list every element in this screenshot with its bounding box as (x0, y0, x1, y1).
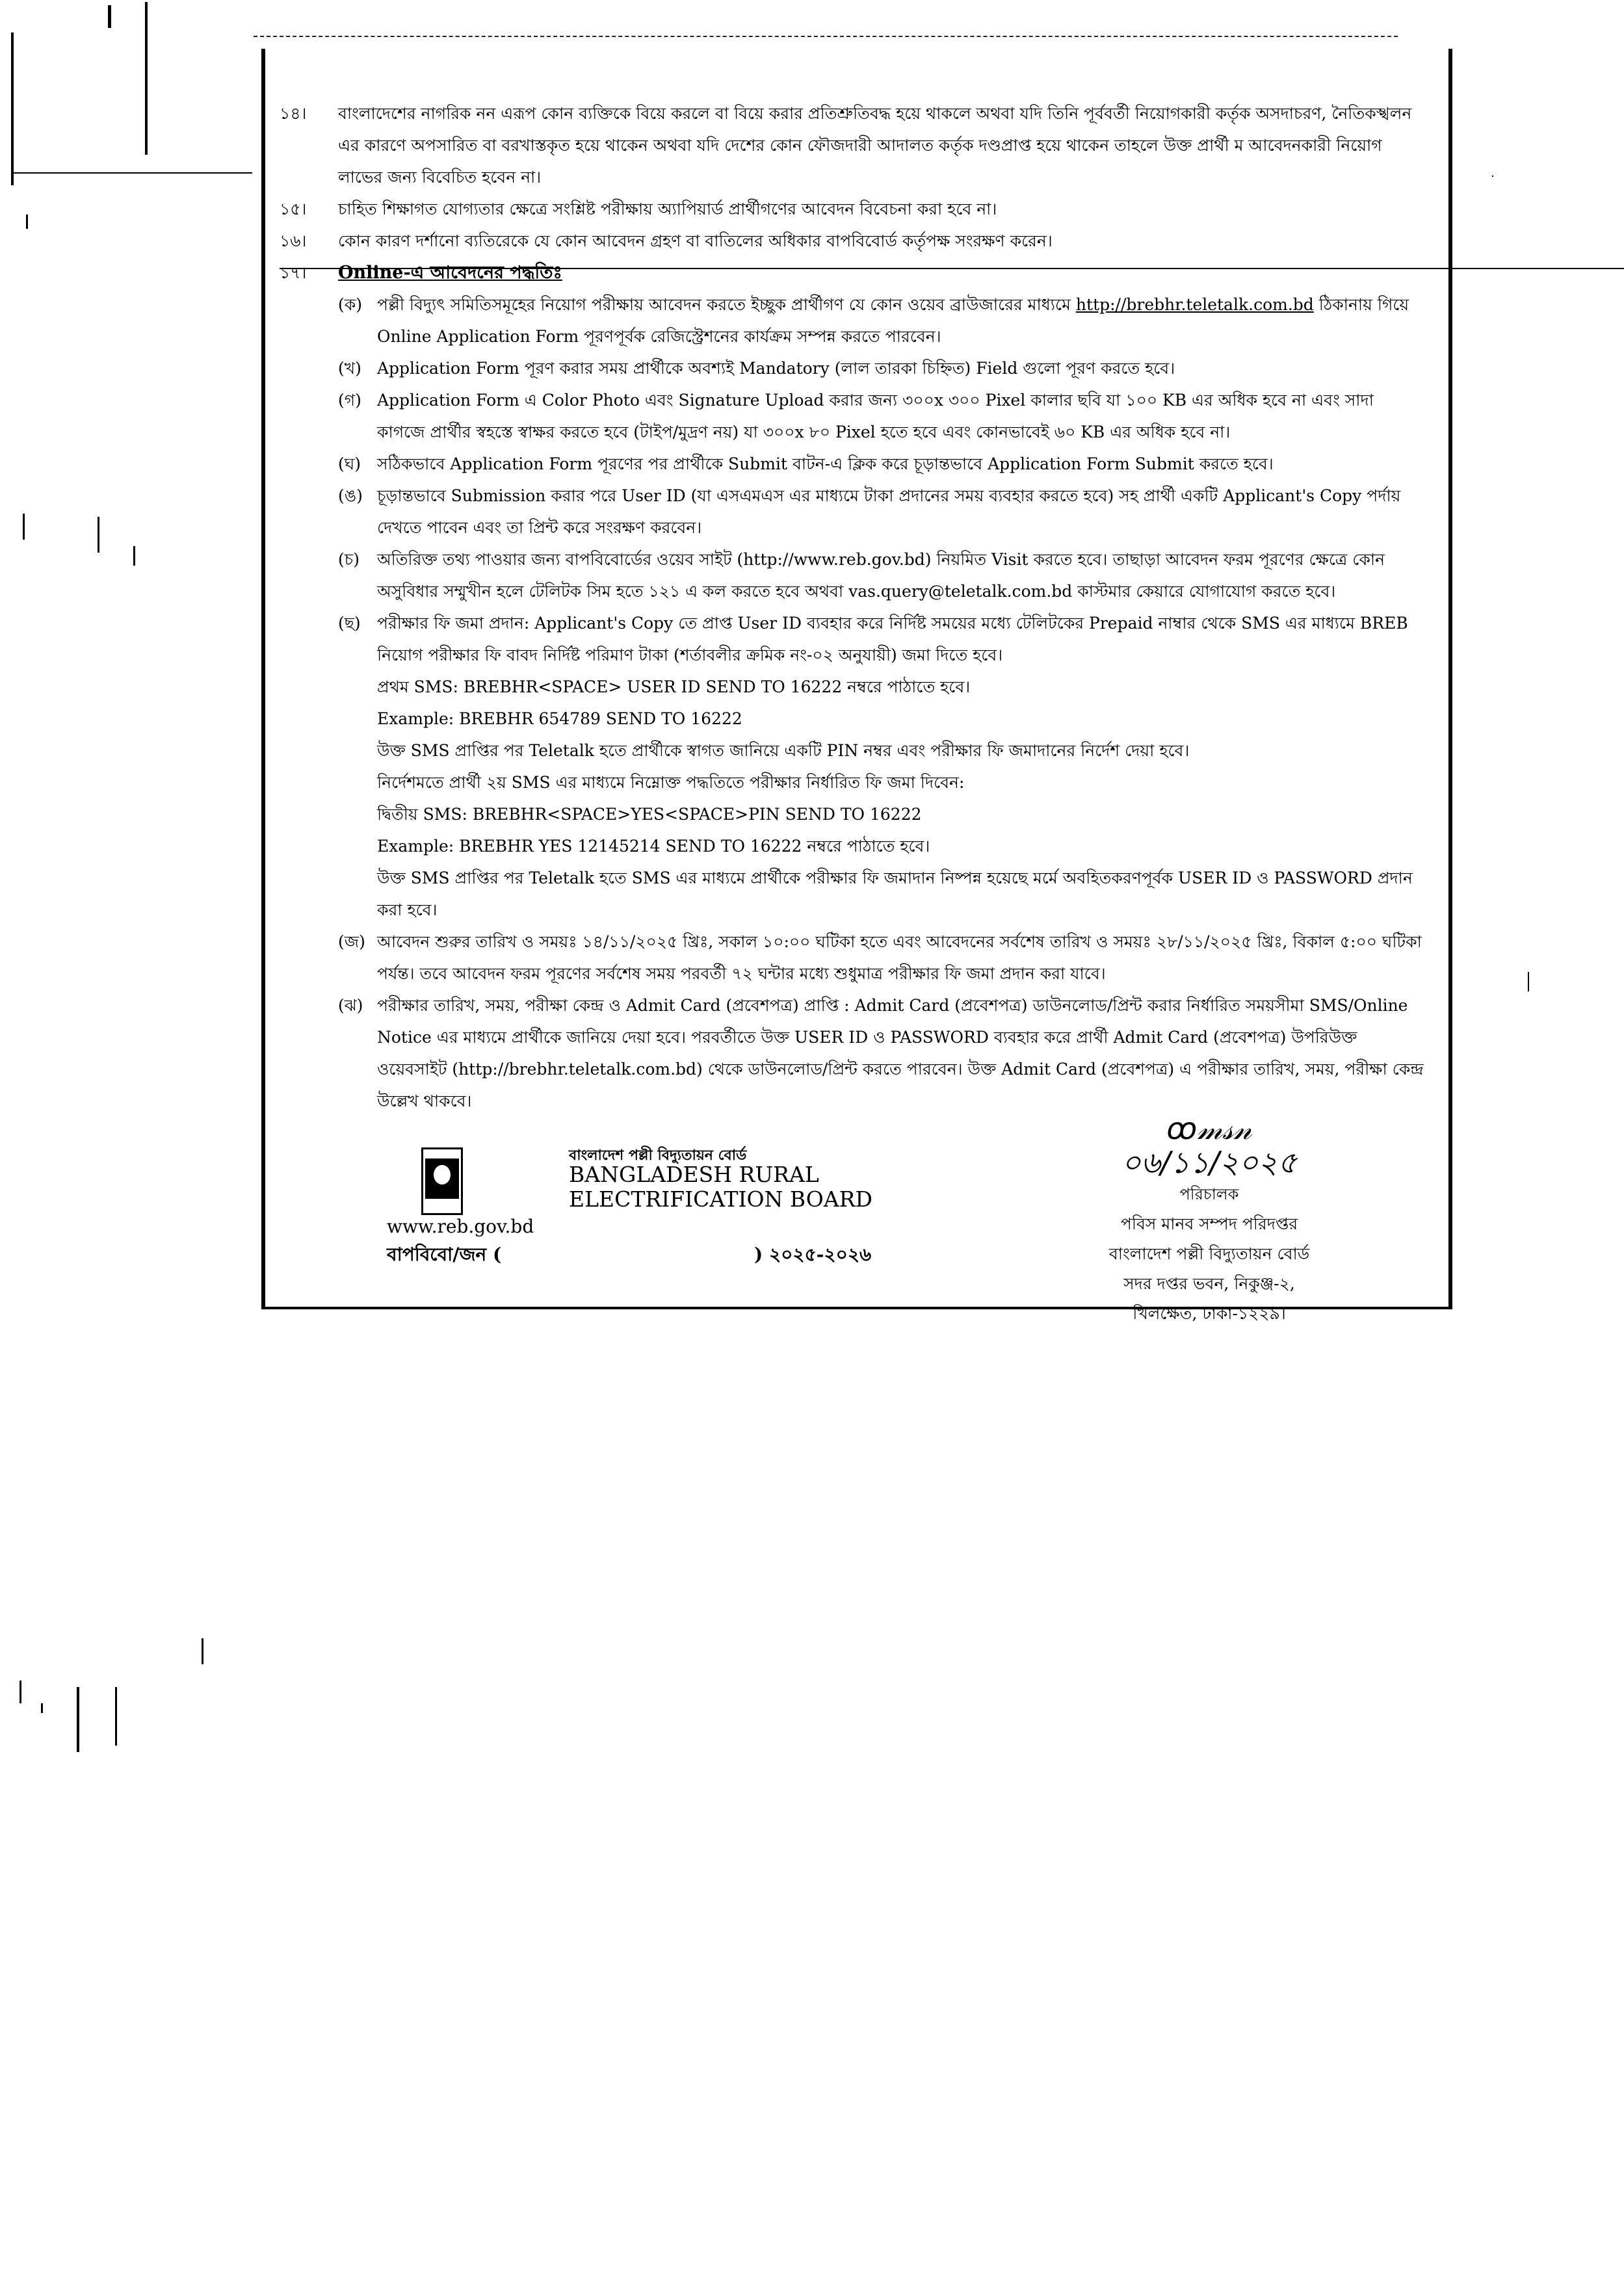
clause-number: ১৫। (280, 193, 338, 225)
logo-background (425, 1159, 459, 1199)
subclause-gha: (ঘ) সঠিকভাবে Application Form পূরণের পর … (280, 448, 1424, 480)
scan-artifact (254, 36, 1398, 37)
subclause-text: Application Form এ Color Photo এবং Signa… (377, 384, 1424, 448)
subclause-label: (চ) (338, 543, 377, 607)
signatory-office: পবিস মানব সম্পদ পরিদপ্তর (1047, 1209, 1372, 1239)
clause-17: ১৭। Online-এ আবেদনের পদ্ধতিঃ (280, 257, 1424, 289)
bulb-icon (434, 1165, 451, 1185)
clause-15: ১৫। চাহিত শিক্ষাগত যোগ্যতার ক্ষেত্রে সংশ… (280, 193, 1424, 225)
clause-text: বাংলাদেশের নাগরিক নন এরূপ কোন ব্যক্তিকে … (338, 98, 1424, 193)
clause-16: ১৬। কোন কারণ দর্শানো ব্যতিরেকে যে কোন আব… (280, 225, 1424, 257)
sms-line: প্রথম SMS: BREBHR<SPACE> USER ID SEND TO… (377, 671, 1424, 703)
sms-line: Example: BREBHR 654789 SEND TO 16222 (377, 703, 1424, 735)
scan-artifact (280, 268, 1624, 269)
clause-14: ১৪। বাংলাদেশের নাগরিক নন এরূপ কোন ব্যক্ত… (280, 98, 1424, 193)
handwritten-signature: ꝏ𝓂𝓈𝓃 (1047, 1112, 1372, 1145)
subclause-ja: (জ) আবেদন শুরুর তারিখ ও সময়ঃ ১৪/১১/২০২৫… (280, 926, 1424, 989)
org-name-line: ELECTRIFICATION BOARD (569, 1187, 872, 1212)
subclause-label: (খ) (338, 352, 377, 384)
scan-artifact (98, 517, 99, 553)
org-name-line: BANGLADESH RURAL (569, 1162, 872, 1187)
subclause-text: পরীক্ষার ফি জমা প্রদান: Applicant's Copy… (377, 607, 1424, 671)
scan-artifact (26, 215, 28, 229)
application-url-link[interactable]: http://brebhr.teletalk.com.bd (1076, 295, 1314, 314)
section-heading: Online-এ আবেদনের পদ্ধতিঃ (338, 257, 1424, 289)
subclause-text: পল্লী বিদ্যুৎ সমিতিসমূহের নিয়োগ পরীক্ষা… (377, 289, 1424, 352)
subclause-text: অতিরিক্ত তথ্য পাওয়ার জন্য বাপবিবোর্ডের … (377, 543, 1424, 607)
memo-number-suffix: ) ২০২৫-২০২৬ (754, 1240, 871, 1271)
signature-block: ꝏ𝓂𝓈𝓃 ০৬/১১/২০২৫ পরিচালক পবিস মানব সম্পদ … (1047, 1112, 1372, 1329)
subclause-text: আবেদন শুরুর তারিখ ও সময়ঃ ১৪/১১/২০২৫ খ্র… (377, 926, 1424, 989)
scan-artifact (115, 1687, 117, 1746)
subclause-text: Application Form পূরণ করার সময় প্রার্থী… (377, 352, 1424, 384)
clause-text: চাহিত শিক্ষাগত যোগ্যতার ক্ষেত্রে সংশ্লিষ… (338, 193, 1424, 225)
handwritten-date: ০৬/১১/২০২৫ (1047, 1145, 1372, 1179)
scan-artifact (12, 172, 252, 174)
sms-line: Example: BREBHR YES 12145214 SEND TO 162… (377, 830, 1424, 862)
subclause-kha: (খ) Application Form পূরণ করার সময় প্রা… (280, 352, 1424, 384)
sms-instructions: প্রথম SMS: BREBHR<SPACE> USER ID SEND TO… (280, 671, 1424, 926)
subclause-label: (ঘ) (338, 448, 377, 480)
sms-line: নির্দেশমতে প্রার্থী ২য় SMS এর মাধ্যমে ন… (377, 766, 1424, 798)
subclause-label: (জ) (338, 926, 377, 989)
scan-artifact (1492, 176, 1493, 177)
org-name-english: BANGLADESH RURAL ELECTRIFICATION BOARD (569, 1162, 872, 1212)
subclause-ga: (গ) Application Form এ Color Photo এবং S… (280, 384, 1424, 448)
subclause-label: (ছ) (338, 607, 377, 671)
scan-artifact (23, 514, 25, 540)
scan-artifact (1528, 972, 1529, 991)
subclause-umo: (ঙ) চূড়ান্তভাবে Submission করার পরে Use… (280, 480, 1424, 543)
subclause-ka: (ক) পল্লী বিদ্যুৎ সমিতিসমূহের নিয়োগ পরী… (280, 289, 1424, 352)
subclause-label: (ক) (338, 289, 377, 352)
reb-logo-icon (421, 1147, 463, 1215)
clause-number: ১৭। (280, 257, 338, 289)
scan-artifact (202, 1638, 203, 1664)
memo-number-prefix: বাপবিবো/জন ( (387, 1240, 501, 1271)
signatory-address: খিলক্ষেত, ঢাকা-১২২৯। (1047, 1299, 1372, 1329)
scan-artifact (145, 2, 148, 155)
website-link[interactable]: www.reb.gov.bd (387, 1216, 534, 1237)
scan-artifact (108, 5, 111, 28)
signatory-organization: বাংলাদেশ পল্লী বিদ্যুতায়ন বোর্ড (1047, 1239, 1372, 1269)
subclause-text: সঠিকভাবে Application Form পূরণের পর প্রা… (377, 448, 1424, 480)
subclause-label: (ঙ) (338, 480, 377, 543)
scan-artifact (11, 33, 14, 185)
subclause-cha: (চ) অতিরিক্ত তথ্য পাওয়ার জন্য বাপবিবোর্… (280, 543, 1424, 607)
clause-number: ১৬। (280, 225, 338, 257)
scan-artifact (20, 1681, 21, 1703)
clause-text: কোন কারণ দর্শানো ব্যতিরেকে যে কোন আবেদন … (338, 225, 1424, 257)
signatory-title: পরিচালক (1047, 1179, 1372, 1209)
sms-line: উক্ত SMS প্রাপ্তির পর Teletalk হতে SMS এ… (377, 862, 1424, 926)
letterhead-footer: বাংলাদেশ পল্লী বিদ্যুতায়ন বোর্ড BANGLAD… (280, 1092, 1424, 1300)
scan-artifact (133, 546, 135, 566)
document-body: ১৪। বাংলাদেশের নাগরিক নন এরূপ কোন ব্যক্ত… (280, 98, 1424, 1117)
sms-line: উক্ত SMS প্রাপ্তির পর Teletalk হতে প্রার… (377, 735, 1424, 766)
subclause-label: (গ) (338, 384, 377, 448)
subclause-chha: (ছ) পরীক্ষার ফি জমা প্রদান: Applicant's … (280, 607, 1424, 671)
subclause-text-part: পল্লী বিদ্যুৎ সমিতিসমূহের নিয়োগ পরীক্ষা… (377, 295, 1076, 314)
signatory-address: সদর দপ্তর ভবন, নিকুঞ্জ-২, (1047, 1269, 1372, 1299)
scan-artifact (41, 1703, 43, 1713)
clause-number: ১৪। (280, 98, 338, 193)
subclause-text: চূড়ান্তভাবে Submission করার পরে User ID… (377, 480, 1424, 543)
sms-line: দ্বিতীয় SMS: BREBHR<SPACE>YES<SPACE>PIN… (377, 798, 1424, 830)
scan-artifact (77, 1687, 79, 1752)
